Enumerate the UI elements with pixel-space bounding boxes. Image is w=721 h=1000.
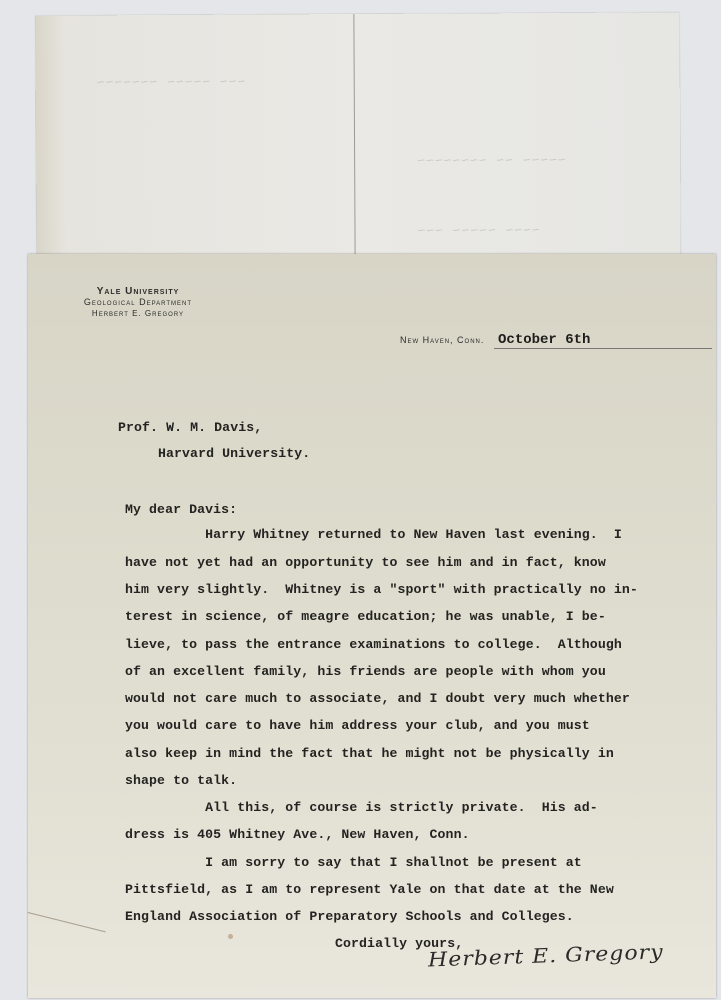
letterhead: Yale University Geological Department He…: [58, 286, 218, 319]
fold-line: [353, 14, 355, 256]
bleed-through-text: ~~~~~ ~~ ~~~~~~~~: [416, 153, 566, 169]
body-line: of an excellent family, his friends are …: [125, 664, 606, 679]
bleed-through-text: ~~~ ~~~~~ ~~~~~~~: [96, 75, 246, 91]
body-line: would not care much to associate, and I …: [125, 691, 630, 706]
letterhead-department: Geological Department: [58, 297, 218, 308]
body-line: Harry Whitney returned to New Haven last…: [125, 527, 622, 542]
body-line: you would care to have him address your …: [125, 718, 590, 733]
salutation: My dear Davis:: [125, 502, 237, 517]
body-line: lieve, to pass the entrance examinations…: [125, 637, 622, 652]
back-sheet: ~~~ ~~~~~ ~~~~~~~ ~~~~~ ~~ ~~~~~~~~ ~~~~…: [35, 12, 680, 257]
bleed-through-text: ~~~~ ~~~~~ ~~~: [416, 223, 539, 239]
body-line: Pittsfield, as I am to represent Yale on…: [125, 882, 614, 897]
body-line: terest in science, of meagre education; …: [125, 609, 606, 624]
body-line: have not yet had an opportunity to see h…: [125, 555, 606, 570]
recipient-name: Prof. W. M. Davis,: [118, 420, 262, 435]
body-line: All this, of course is strictly private.…: [125, 800, 598, 815]
dateline-date: October 6th: [494, 332, 712, 349]
body-line: shape to talk.: [125, 773, 237, 788]
recipient-institution: Harvard University.: [158, 446, 310, 461]
letter-page: Yale University Geological Department He…: [28, 254, 716, 998]
letterhead-institution: Yale University: [58, 286, 218, 297]
body-line: England Association of Preparatory Schoo…: [125, 909, 574, 924]
paper-stain: [228, 934, 233, 939]
body-line: I am sorry to say that I shallnot be pre…: [125, 855, 582, 870]
body-line: him very slightly. Whitney is a "sport" …: [125, 582, 638, 597]
dateline-place: New Haven, Conn.: [400, 335, 484, 345]
body-line: also keep in mind the fact that he might…: [125, 746, 614, 761]
dateline: New Haven, Conn. October 6th 1909.: [400, 330, 721, 349]
paper-crease: [23, 912, 106, 952]
letterhead-name: Herbert E. Gregory: [58, 308, 218, 319]
body-line: dress is 405 Whitney Ave., New Haven, Co…: [125, 827, 470, 842]
